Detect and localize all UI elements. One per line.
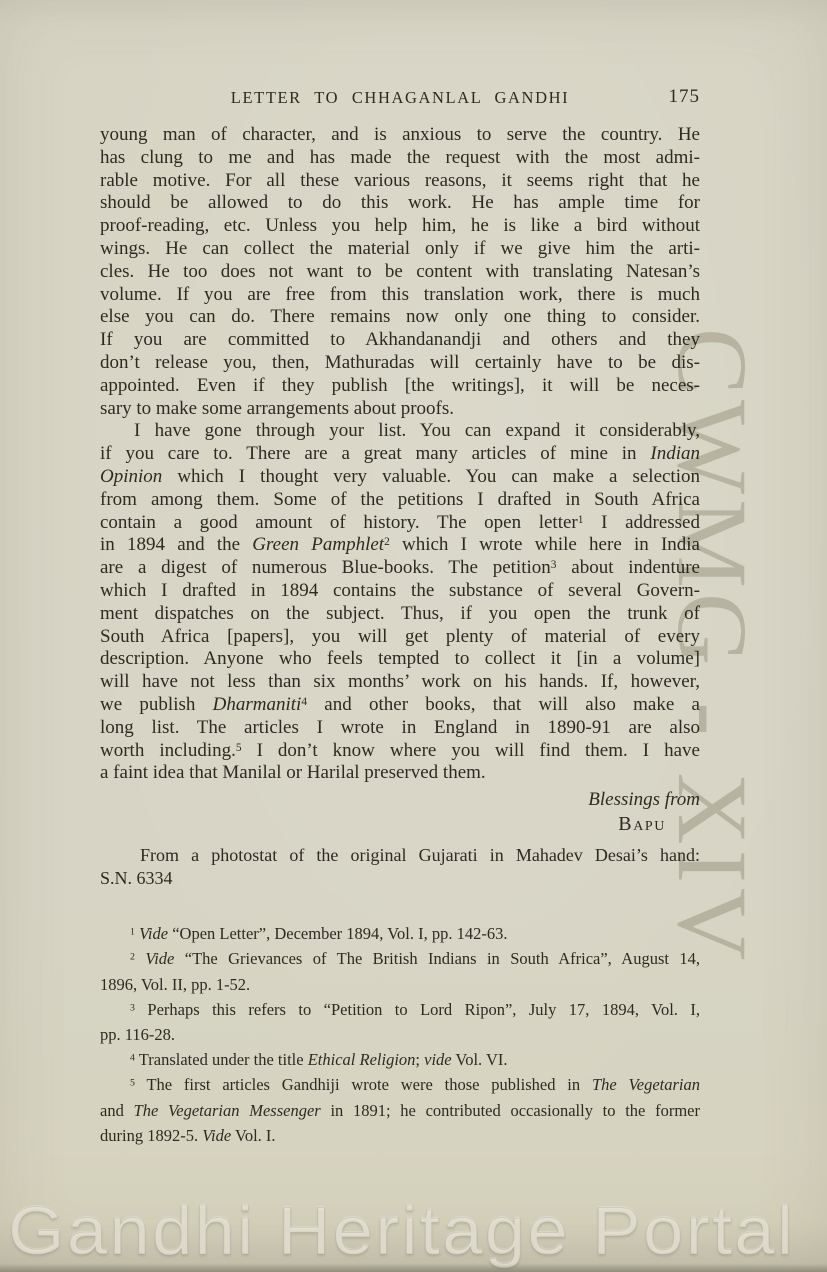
text-line: young man of character, and is anxious t… — [100, 124, 700, 147]
text-line: 2 Vide “The Grievances of The British In… — [100, 946, 700, 971]
valediction: Blessings from — [100, 788, 700, 812]
text-line: Opinion which I thought very valuable. Y… — [100, 466, 700, 489]
text-line: and The Vegetarian Messenger in 1891; he… — [100, 1098, 700, 1123]
running-title: LETTER TO CHHAGANLAL GANDHI — [100, 88, 700, 108]
text-line: rable motive. For all these various reas… — [100, 170, 700, 193]
text-line: If you are committed to Akhandanandji an… — [100, 329, 700, 352]
footnotes: 1 Vide “Open Letter”, December 1894, Vol… — [100, 921, 700, 1148]
text-line: if you care to. There are a great many a… — [100, 443, 700, 466]
text-line: proof-reading, etc. Unless you help him,… — [100, 215, 700, 238]
portal-watermark: Gandhi Heritage Portal — [8, 1192, 795, 1270]
text-line: From a photostat of the original Gujarat… — [100, 844, 700, 867]
text-line: which I drafted in 1894 contains the sub… — [100, 580, 700, 603]
text-line: 1896, Vol. II, pp. 1-52. — [100, 972, 700, 997]
text-line: ment dispatches on the subject. Thus, if… — [100, 603, 700, 626]
text-line: worth including.5 I don’t know where you… — [100, 740, 700, 763]
text-line: 5 The first articles Gandhiji wrote were… — [100, 1072, 700, 1097]
text-line: 1 Vide “Open Letter”, December 1894, Vol… — [100, 921, 700, 946]
text-line: should be allowed to do this work. He ha… — [100, 192, 700, 215]
text-line: pp. 116-28. — [100, 1022, 700, 1047]
text-line: has clung to me and has made the request… — [100, 147, 700, 170]
text-line: S.N. 6334 — [100, 867, 700, 890]
text-line: 3 Perhaps this refers to “Petition to Lo… — [100, 997, 700, 1022]
text-line: volume. If you are free from this transl… — [100, 284, 700, 307]
text-line: are a digest of numerous Blue-books. The… — [100, 557, 700, 580]
text-line: in 1894 and the Green Pamphlet2 which I … — [100, 534, 700, 557]
text-column: young man of character, and is anxious t… — [100, 124, 700, 1148]
page-header: LETTER TO CHHAGANLAL GANDHI 175 — [100, 88, 700, 108]
text-line: wings. He can collect the material only … — [100, 238, 700, 261]
scanned-book-page: { "page": { "header": { "title": "LETTER… — [0, 0, 827, 1272]
text-line: a faint idea that Manilal or Harilal pre… — [100, 762, 700, 785]
page-number: 175 — [669, 86, 701, 108]
text-line: during 1892-5. Vide Vol. I. — [100, 1123, 700, 1148]
signature-block: Blessings from Bapu — [100, 788, 700, 836]
text-line: 4 Translated under the title Ethical Rel… — [100, 1047, 700, 1072]
text-line: long list. The articles I wrote in Engla… — [100, 717, 700, 740]
text-line: else you can do. There remains now only … — [100, 306, 700, 329]
text-line: appointed. Even if they publish [the wri… — [100, 375, 700, 398]
text-line: contain a good amount of history. The op… — [100, 512, 700, 535]
text-line: sary to make some arrangements about pro… — [100, 398, 700, 421]
source-note: From a photostat of the original Gujarat… — [100, 844, 700, 890]
text-line: from among them. Some of the petitions I… — [100, 489, 700, 512]
text-line: South Africa [papers], you will get plen… — [100, 626, 700, 649]
text-line: description. Anyone who feels tempted to… — [100, 648, 700, 671]
page-bottom-edge — [0, 1263, 827, 1272]
text-line: will have not less than six months’ work… — [100, 671, 700, 694]
letter-body: young man of character, and is anxious t… — [100, 124, 700, 785]
signature-name: Bapu — [100, 812, 700, 836]
text-line: we publish Dharmaniti4 and other books, … — [100, 694, 700, 717]
text-line: I have gone through your list. You can e… — [100, 420, 700, 443]
text-line: don’t release you, then, Mathuradas will… — [100, 352, 700, 375]
text-line: cles. He too does not want to be content… — [100, 261, 700, 284]
